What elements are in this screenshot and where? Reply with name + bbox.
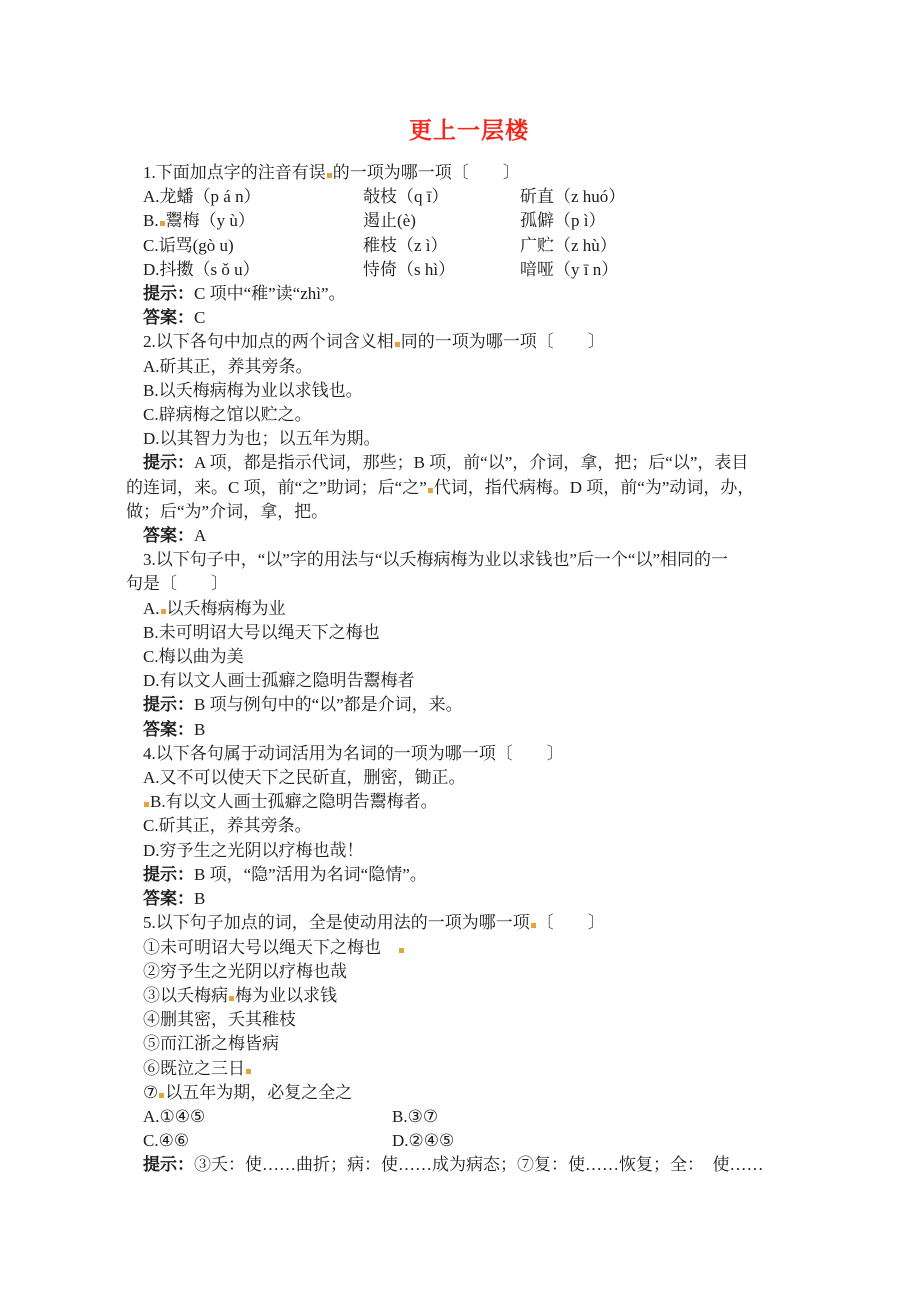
text-segment: ③以夭梅病 (143, 986, 228, 1005)
emphasis-dot-icon (395, 342, 400, 347)
text-segment: 的连词，来。C 项，前“之”助词；后“之” (126, 478, 427, 497)
option-cell: A.龙蟠（p á n） (143, 185, 363, 209)
text-segment: 遏止(è) (363, 211, 416, 230)
option-cell: D.抖擞（s ǒ u） (143, 258, 363, 282)
text-segment: C.斫其正，养其旁条。 (143, 816, 312, 835)
question-5-options-row-cd: C.④⑥D.②④⑤ (126, 1129, 802, 1153)
option-cell: 恃倚（s hì） (363, 258, 520, 282)
question-4: 4.以下各句属于动词活用为名词的一项为哪一项〔 〕 (126, 742, 802, 766)
text-segment: 同的一项为哪一项〔 〕 (401, 332, 605, 351)
question-5-item-1: ①未可明诏大号以绳天下之梅也 (126, 936, 802, 960)
option-cell: 喑哑（y ī n） (520, 258, 802, 282)
option-cell: 孤僻（p ì） (520, 209, 802, 233)
question-3: 3.以下句子中，“以”字的用法与“以夭梅病梅为业以求钱也”后一个“以”相同的一 (126, 548, 802, 572)
option-cell: 遏止(è) (363, 209, 520, 233)
text-segment: A. (143, 599, 160, 618)
hint-line: 提示：B 项与例句中的“以”都是介词，来。 (126, 693, 802, 717)
question-4-option-a: A.又不可以使天下之民斫直，删密，锄正。 (126, 766, 802, 790)
question-1: 1.下面加点字的注音有误的一项为哪一项〔 〕 (126, 161, 802, 185)
text-segment: D.以其智力为也；以五年为期。 (143, 429, 381, 448)
text-segment: ②穷予生之光阴以疗梅也哉 (143, 962, 347, 981)
question-5-item-6: ⑥既泣之三日 (126, 1057, 802, 1081)
text-segment: C 项中“稚”读“zhì”。 (194, 284, 346, 303)
question-3-option-d: D.有以文人画士孤癖之隐明告鬻梅者 (126, 669, 802, 693)
bold-label: 提示： (143, 284, 194, 303)
hint-line: 提示：③夭：使……曲折；病：使……成为病态；⑦复：使……恢复；全： 使…… (126, 1153, 802, 1177)
bold-label: 答案： (143, 720, 194, 739)
text-segment: D.②④⑤ (392, 1131, 454, 1150)
emphasis-dot-icon (327, 173, 332, 178)
hint-line: 提示：A 项，都是指示代词，那些；B 项，前“以”，介词，拿，把；后“以”，表目 (126, 451, 802, 475)
text-segment: B.未可明诏大号以绳天下之梅也 (143, 623, 380, 642)
question-2: 2.以下各句中加点的两个词含义相同的一项为哪一项〔 〕 (126, 330, 802, 354)
question-3-option-b: B.未可明诏大号以绳天下之梅也 (126, 621, 802, 645)
text-segment: D.有以文人画士孤癖之隐明告鬻梅者 (143, 671, 415, 690)
text-segment: 喑哑（y ī n） (520, 260, 618, 279)
text-segment: 〔 〕 (537, 913, 605, 932)
answer-line: 答案：B (126, 718, 802, 742)
hint-line: 提示：B 项，“隐”活用为名词“隐情”。 (126, 863, 802, 887)
option-cell: 敧枝（q ī） (363, 185, 520, 209)
text-segment: 代词，指代病梅。D 项，前“为”动词，办， (434, 478, 755, 497)
text-segment: B 项与例句中的“以”都是介词，来。 (194, 695, 463, 714)
text-segment: A.斫其正，养其旁条。 (143, 357, 313, 376)
emphasis-dot-icon (144, 802, 149, 807)
hint-line-continuation: 的连词，来。C 项，前“之”助词；后“之”代词，指代病梅。D 项，前“为”动词，… (126, 476, 802, 500)
option-cell: D.②④⑤ (392, 1129, 802, 1153)
option-cell: 斫直（z huó） (520, 185, 802, 209)
text-segment: 的一项为哪一项〔 〕 (333, 163, 520, 182)
text-segment: ④删其密，夭其稚枝 (143, 1010, 296, 1029)
question-5-item-7: ⑦以五年为期，必复之全之 (126, 1081, 802, 1105)
text-segment: A.又不可以使天下之民斫直，删密，锄正。 (143, 768, 466, 787)
question-3-continuation: 句是〔 〕 (126, 572, 802, 596)
question-1-options-row-a: A.龙蟠（p á n）敧枝（q ī）斫直（z huó） (126, 185, 802, 209)
text-segment: B.③⑦ (392, 1107, 438, 1126)
question-5-item-3: ③以夭梅病梅为业以求钱 (126, 984, 802, 1008)
text-segment: C.辟病梅之馆以贮之。 (143, 405, 312, 424)
question-4-option-c: C.斫其正，养其旁条。 (126, 814, 802, 838)
option-cell: C.诟骂(gò u) (143, 234, 363, 258)
text-segment: D.抖擞（s ǒ u） (143, 260, 260, 279)
text-segment: 3.以下句子中，“以”字的用法与“以夭梅病梅为业以求钱也”后一个“以”相同的一 (143, 550, 728, 569)
text-segment: 斫直（z huó） (520, 187, 625, 206)
text-segment: 广贮（z hù） (520, 236, 617, 255)
bold-label: 提示： (143, 453, 194, 472)
text-segment: 以夭梅病梅为业 (167, 599, 286, 618)
text-segment: B 项，“隐”活用为名词“隐情”。 (194, 865, 427, 884)
question-1-options-row-d: D.抖擞（s ǒ u）恃倚（s hì）喑哑（y ī n） (126, 258, 802, 282)
emphasis-dot-icon (399, 948, 404, 953)
question-2-option-d: D.以其智力为也；以五年为期。 (126, 427, 802, 451)
option-cell: C.④⑥ (143, 1129, 392, 1153)
emphasis-dot-icon (161, 609, 166, 614)
question-3-option-c: C.梅以曲为美 (126, 645, 802, 669)
text-segment: 梅为业以求钱 (235, 986, 337, 1005)
text-segment: ①未可明诏大号以绳天下之梅也 (143, 938, 398, 957)
text-segment: A.龙蟠（p á n） (143, 187, 261, 206)
bold-label: 提示： (143, 1155, 194, 1174)
bold-label: 提示： (143, 865, 194, 884)
text-segment: 做；后“为”介词，拿，把。 (126, 502, 328, 521)
text-segment: 4.以下各句属于动词活用为名词的一项为哪一项〔 〕 (143, 744, 564, 763)
question-1-options-row-c: C.诟骂(gò u)稚枝（z ì）广贮（z hù） (126, 234, 802, 258)
question-1-options-row-b: B.鬻梅（y ù）遏止(è)孤僻（p ì） (126, 209, 802, 233)
text-segment: ⑤而江浙之梅皆病 (143, 1034, 279, 1053)
text-segment: 2.以下各句中加点的两个词含义相 (143, 332, 394, 351)
question-5-item-4: ④删其密，夭其稚枝 (126, 1008, 802, 1032)
option-cell: B.鬻梅（y ù） (143, 209, 363, 233)
text-segment: A.①④⑤ (143, 1107, 205, 1126)
text-segment: 孤僻（p ì） (520, 211, 605, 230)
text-segment: A 项，都是指示代词，那些；B 项，前“以”，介词，拿，把；后“以”，表目 (194, 453, 748, 472)
answer-line: 答案：A (126, 524, 802, 548)
hint-line-continuation: 做；后“为”介词，拿，把。 (126, 500, 802, 524)
answer-line: 答案：B (126, 887, 802, 911)
question-3-option-a: A.以夭梅病梅为业 (126, 597, 802, 621)
text-segment: 5.以下句子加点的词，全是使动用法的一项为哪一项 (143, 913, 530, 932)
bold-label: 答案： (143, 308, 194, 327)
bold-label: 提示： (143, 695, 194, 714)
question-2-option-c: C.辟病梅之馆以贮之。 (126, 403, 802, 427)
question-4-option-b: B.有以文人画士孤癖之隐明告鬻梅者。 (126, 790, 802, 814)
text-segment: C (194, 308, 205, 327)
question-4-option-d: D.穷予生之光阴以疗梅也哉！ (126, 839, 802, 863)
hint-line: 提示：C 项中“稚”读“zhì”。 (126, 282, 802, 306)
text-segment: A (194, 526, 206, 545)
text-segment: C.诟骂(gò u) (143, 236, 234, 255)
text-segment: 1.下面加点字的注音有误 (143, 163, 326, 182)
text-segment: C.梅以曲为美 (143, 647, 244, 666)
bold-label: 答案： (143, 526, 194, 545)
text-segment: D.穷予生之光阴以疗梅也哉！ (143, 841, 364, 860)
text-segment: B. (143, 211, 159, 230)
text-segment: 稚枝（z ì） (363, 236, 448, 255)
question-2-option-b: B.以夭梅病梅为业以求钱也。 (126, 379, 802, 403)
question-5-options-row-ab: A.①④⑤B.③⑦ (126, 1105, 802, 1129)
page-title: 更上一层楼 (135, 116, 803, 146)
option-cell: B.③⑦ (392, 1105, 802, 1129)
bold-label: 答案： (143, 889, 194, 908)
text-segment: B (194, 889, 205, 908)
option-cell: 稚枝（z ì） (363, 234, 520, 258)
text-segment: B (194, 720, 205, 739)
emphasis-dot-icon (159, 1093, 164, 1098)
text-segment: 敧枝（q ī） (363, 187, 448, 206)
option-cell: 广贮（z hù） (520, 234, 802, 258)
emphasis-dot-icon (229, 996, 234, 1001)
document-page: 更上一层楼 1.下面加点字的注音有误的一项为哪一项〔 〕A.龙蟠（p á n）敧… (0, 0, 920, 1302)
text-segment: ③夭：使……曲折；病：使……成为病态；⑦复：使……恢复；全： 使…… (194, 1155, 764, 1174)
question-2-option-a: A.斫其正，养其旁条。 (126, 355, 802, 379)
emphasis-dot-icon (428, 488, 433, 493)
question-5-item-2: ②穷予生之光阴以疗梅也哉 (126, 960, 802, 984)
answer-line: 答案：C (126, 306, 802, 330)
text-segment: 恃倚（s hì） (363, 260, 455, 279)
document-lines: 1.下面加点字的注音有误的一项为哪一项〔 〕A.龙蟠（p á n）敧枝（q ī）… (126, 161, 802, 1178)
text-segment: 以五年为期，必复之全之 (165, 1083, 352, 1102)
text-segment: 句是〔 〕 (126, 574, 228, 593)
text-segment: C.④⑥ (143, 1131, 189, 1150)
question-5-item-5: ⑤而江浙之梅皆病 (126, 1032, 802, 1056)
text-segment: ⑥既泣之三日 (143, 1059, 245, 1078)
question-5: 5.以下句子加点的词，全是使动用法的一项为哪一项〔 〕 (126, 911, 802, 935)
option-cell: A.①④⑤ (143, 1105, 392, 1129)
text-segment: B.以夭梅病梅为业以求钱也。 (143, 381, 363, 400)
emphasis-dot-icon (246, 1069, 251, 1074)
text-segment: ⑦ (143, 1083, 158, 1102)
emphasis-dot-icon (160, 221, 165, 226)
emphasis-dot-icon (531, 923, 536, 928)
text-segment: B.有以文人画士孤癖之隐明告鬻梅者。 (150, 792, 438, 811)
text-segment: 鬻梅（y ù） (166, 211, 255, 230)
